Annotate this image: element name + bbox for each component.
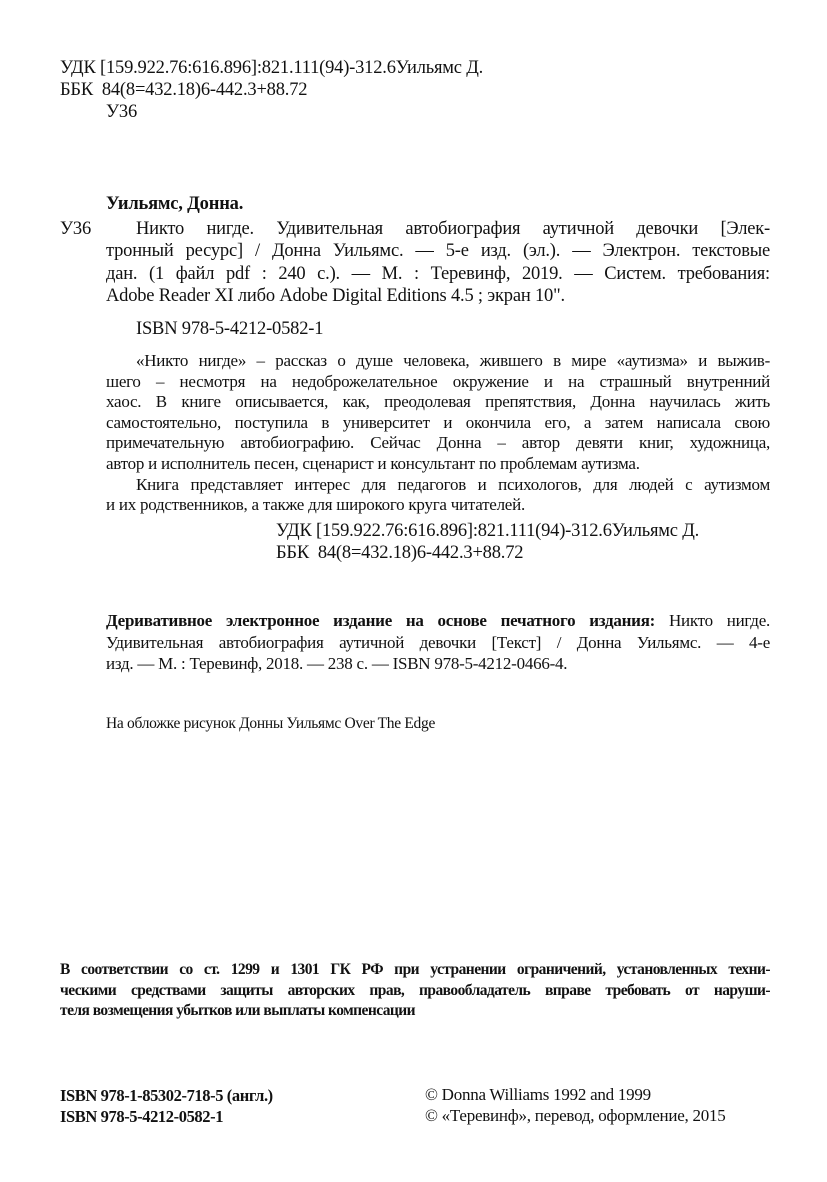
annotation-line: автор и исполнитель песен, сценарист и к… [106, 454, 770, 475]
derivative-edition: Деривативное электронное издание на осно… [106, 610, 770, 675]
isbn-english: ISBN 978-1-85302-718-5 (англ.) [60, 1085, 273, 1106]
audience-line: и их родственников, а также для широкого… [106, 495, 770, 516]
card-bbk: ББК 84(8=432.18)6-442.3+88.72 [276, 542, 523, 564]
copyright-publisher: © «Теревинф», перевод, оформление, 2015 [425, 1105, 726, 1126]
description-line: Никто нигде. Удивительная автобиография … [106, 218, 770, 240]
annotation-line: шего – несмотря на недоброжелательное ок… [106, 372, 770, 393]
header-author-sign: У36 [106, 101, 137, 123]
cover-note: На обложке рисунок Донны Уильямс Over Th… [106, 714, 435, 734]
description-line: тронный ресурс] / Донна Уильямс. — 5-е и… [106, 240, 770, 263]
derivative-line: Деривативное электронное издание на осно… [106, 610, 770, 632]
description-line: дан. (1 файл pdf : 240 с.). — М. : Терев… [106, 263, 770, 286]
bibliographic-description: Никто нигде. Удивительная автобиография … [106, 218, 770, 308]
annotation-line: самостоятельно, поступила в университет … [106, 413, 770, 434]
header-udk: УДК [159.922.76:616.896]:821.111(94)-312… [60, 57, 483, 79]
isbn-russian: ISBN 978-5-4212-0582-1 [60, 1106, 273, 1127]
isbn-electronic: ISBN 978-5-4212-0582-1 [136, 318, 323, 340]
header-bbk: ББК 84(8=432.18)6-442.3+88.72 [60, 79, 307, 101]
description-line: Adobe Reader XI либо Adobe Digital Editi… [106, 285, 770, 308]
legal-notice: В соответствии со ст. 1299 и 1301 ГК РФ … [60, 960, 770, 1022]
derivative-line: изд. — М. : Теревинф, 2018. — 238 с. — I… [106, 653, 770, 675]
author-sign: У36 [60, 218, 91, 240]
legal-notice-line: ческими средствами защиты авторских прав… [60, 981, 770, 1002]
annotation: «Никто нигде» – рассказ о душе человека,… [106, 351, 770, 516]
annotation-line: хаос. В книге описывается, как, преодоле… [106, 392, 770, 413]
author-heading: Уильямс, Донна. [106, 193, 243, 215]
annotation-line: примечательную автобиографию. Сейчас Дон… [106, 433, 770, 454]
isbn-list: ISBN 978-1-85302-718-5 (англ.) ISBN 978-… [60, 1085, 273, 1127]
derivative-label: Деривативное электронное издание на осно… [106, 611, 655, 630]
legal-notice-line: В соответствии со ст. 1299 и 1301 ГК РФ … [60, 960, 770, 981]
audience-line: Книга представляет интерес для педагогов… [106, 475, 770, 496]
legal-notice-line: теля возмещения убытков или выплаты комп… [60, 1001, 770, 1022]
annotation-line: «Никто нигде» – рассказ о душе человека,… [106, 351, 770, 372]
derivative-line: Удивительная автобиография аутичной дево… [106, 632, 770, 654]
copyright-list: © Donna Williams 1992 and 1999 © «Тереви… [425, 1084, 726, 1126]
card-udk: УДК [159.922.76:616.896]:821.111(94)-312… [276, 520, 699, 542]
copyright-author: © Donna Williams 1992 and 1999 [425, 1084, 726, 1105]
